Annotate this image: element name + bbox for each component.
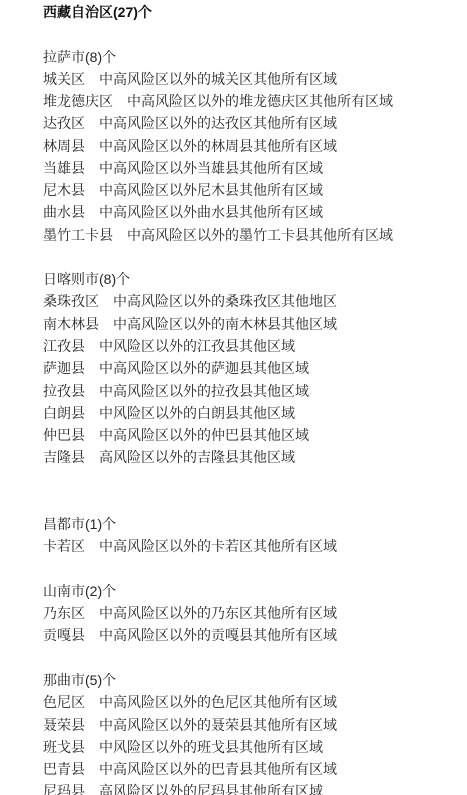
district-name: 贡嘎县 [43,627,85,643]
district-line: 墨竹工卡县中高风险区以外的墨竹工卡县其他所有区域 [43,224,457,246]
district-name: 吉隆县 [43,449,85,465]
district-area-description: 中高风险区以外的巴青县其他所有区域 [99,761,337,777]
district-name: 仲巴县 [43,427,85,443]
district-name: 墨竹工卡县 [43,227,113,243]
blank-line [43,491,457,513]
district-area-description: 中高风险区以外的墨竹工卡县其他所有区域 [127,227,393,243]
section-heading: 山南市(2)个 [43,580,457,602]
district-line: 萨迦县中高风险区以外的萨迦县其他区域 [43,357,457,379]
blank-line [43,558,457,580]
district-line: 达孜区中高风险区以外的达孜区其他所有区域 [43,112,457,134]
district-area-description: 中高风险区以外的萨迦县其他区域 [99,360,309,376]
district-area-description: 中高风险区以外的色尼区其他所有区域 [99,694,337,710]
district-area-description: 中高风险区以外的桑珠孜区其他地区 [113,293,337,309]
district-area-description: 中高风险区以外的仲巴县其他区域 [99,427,309,443]
district-line: 仲巴县中高风险区以外的仲巴县其他区域 [43,424,457,446]
district-line: 曲水县中高风险区以外曲水县其他所有区域 [43,201,457,223]
district-line: 吉隆县高风险区以外的吉隆县其他区域 [43,446,457,468]
blank-line [43,469,457,491]
district-name: 聂荣县 [43,717,85,733]
district-area-description: 高风险区以外的吉隆县其他区域 [99,449,295,465]
district-name: 拉孜县 [43,383,85,399]
district-name: 堆龙德庆区 [43,93,113,109]
district-name: 乃东区 [43,605,85,621]
district-area-description: 中高风险区以外尼木县其他所有区域 [99,182,323,198]
district-area-description: 中高风险区以外的乃东区其他所有区域 [99,605,337,621]
district-name: 曲水县 [43,204,85,220]
district-line: 尼玛县高风险区以外的尼玛县其他所有区域 [43,780,457,795]
section-heading: 拉萨市(8)个 [43,46,457,68]
district-line: 白朗县中风险区以外的白朗县其他区域 [43,402,457,424]
district-line: 贡嘎县中高风险区以外的贡嘎县其他所有区域 [43,624,457,646]
section-heading: 日喀则市(8)个 [43,268,457,290]
district-line: 桑珠孜区中高风险区以外的桑珠孜区其他地区 [43,290,457,312]
district-area-description: 中高风险区以外的贡嘎县其他所有区域 [99,627,337,643]
district-name: 林周县 [43,138,85,154]
district-area-description: 中高风险区以外的堆龙德庆区其他所有区域 [127,93,393,109]
district-name: 达孜区 [43,115,85,131]
district-area-description: 中高风险区以外的聂荣县其他所有区域 [99,717,337,733]
district-line: 堆龙德庆区中高风险区以外的堆龙德庆区其他所有区域 [43,90,457,112]
district-area-description: 中高风险区以外的南木林县其他区域 [113,316,337,332]
district-area-description: 中风险区以外的班戈县其他所有区域 [99,739,323,755]
district-line: 聂荣县中高风险区以外的聂荣县其他所有区域 [43,714,457,736]
district-line: 班戈县中风险区以外的班戈县其他所有区域 [43,736,457,758]
blank-line [43,647,457,669]
district-area-description: 中高风险区以外当雄县其他所有区域 [99,160,323,176]
district-line: 林周县中高风险区以外的林周县其他所有区域 [43,135,457,157]
district-area-description: 中高风险区以外的城关区其他所有区域 [99,71,337,87]
document-body: 拉萨市(8)个城关区中高风险区以外的城关区其他所有区域堆龙德庆区中高风险区以外的… [43,23,457,795]
district-name: 江孜县 [43,338,85,354]
district-line: 拉孜县中高风险区以外的拉孜县其他区域 [43,380,457,402]
district-name: 白朗县 [43,405,85,421]
district-name: 巴青县 [43,761,85,777]
district-line: 当雄县中高风险区以外当雄县其他所有区域 [43,157,457,179]
district-area-description: 中高风险区以外的林周县其他所有区域 [99,138,337,154]
section-heading: 昌都市(1)个 [43,513,457,535]
district-line: 尼木县中高风险区以外尼木县其他所有区域 [43,179,457,201]
district-name: 尼木县 [43,182,85,198]
district-line: 巴青县中高风险区以外的巴青县其他所有区域 [43,758,457,780]
district-line: 江孜县中风险区以外的江孜县其他区域 [43,335,457,357]
district-name: 尼玛县 [43,783,85,795]
district-name: 桑珠孜区 [43,293,99,309]
district-area-description: 高风险区以外的尼玛县其他所有区域 [99,783,323,795]
district-area-description: 中风险区以外的江孜县其他区域 [99,338,295,354]
district-line: 城关区中高风险区以外的城关区其他所有区域 [43,68,457,90]
district-line: 南木林县中高风险区以外的南木林县其他区域 [43,313,457,335]
district-area-description: 中高风险区以外的拉孜县其他区域 [99,383,309,399]
blank-line [43,23,457,45]
district-area-description: 中高风险区以外的卡若区其他所有区域 [99,538,337,554]
district-line: 卡若区中高风险区以外的卡若区其他所有区域 [43,535,457,557]
district-name: 当雄县 [43,160,85,176]
district-name: 卡若区 [43,538,85,554]
district-name: 南木林县 [43,316,99,332]
district-name: 萨迦县 [43,360,85,376]
section-heading: 那曲市(5)个 [43,669,457,691]
district-name: 城关区 [43,71,85,87]
district-area-description: 中高风险区以外的达孜区其他所有区域 [99,115,337,131]
district-line: 色尼区中高风险区以外的色尼区其他所有区域 [43,691,457,713]
page-title: 西藏自治区(27)个 [43,1,457,23]
district-line: 乃东区中高风险区以外的乃东区其他所有区域 [43,602,457,624]
district-name: 班戈县 [43,739,85,755]
blank-line [43,246,457,268]
document-page: 西藏自治区(27)个 拉萨市(8)个城关区中高风险区以外的城关区其他所有区域堆龙… [0,0,467,795]
district-area-description: 中高风险区以外曲水县其他所有区域 [99,204,323,220]
district-name: 色尼区 [43,694,85,710]
district-area-description: 中风险区以外的白朗县其他区域 [99,405,295,421]
